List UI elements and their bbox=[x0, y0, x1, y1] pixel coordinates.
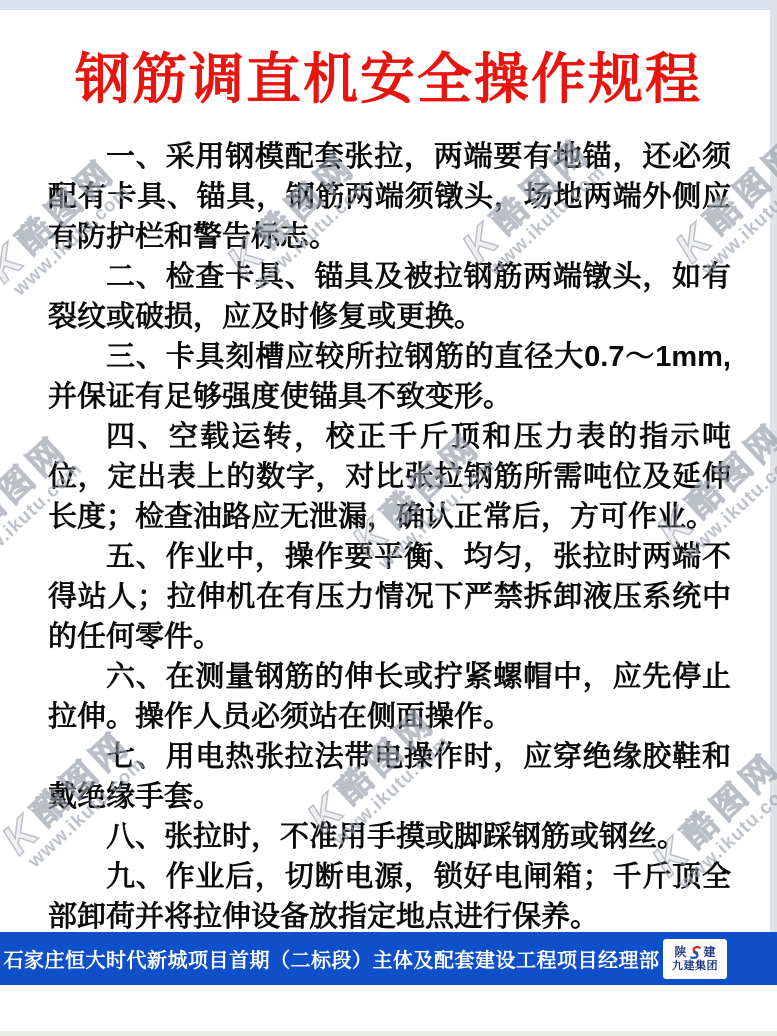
safety-procedure-poster: 钢筋调直机安全操作规程 一、采用钢模配套张拉，两端要有地锚，还必须配有卡具、锚具… bbox=[0, 0, 777, 1036]
logo-bottom-text: 九建集团 bbox=[672, 960, 718, 973]
bottom-edge-strip bbox=[0, 1031, 777, 1036]
logo-char-right: 建 bbox=[704, 944, 716, 960]
logo-char-left: 陕 bbox=[674, 944, 686, 960]
rule-item: 四、空载运转，校正千斤顶和压力表的指示吨位，定出表上的数字，对比张拉钢筋所需吨位… bbox=[48, 417, 731, 537]
kutu-logo-mark: K bbox=[0, 232, 36, 291]
rule-item: 六、在测量钢筋的伸长或拧紧螺帽中，应先停止拉伸。操作人员必须站在侧面操作。 bbox=[48, 657, 731, 737]
kutu-logo-mark: K bbox=[0, 804, 51, 863]
rule-item: 九、作业后，切断电源，锁好电闸箱；千斤顶全部卸荷并将拉伸设备放指定地点进行保养。 bbox=[48, 857, 731, 937]
company-logo: 陕 建 九建集团 bbox=[663, 939, 727, 979]
logo-top-row: 陕 建 bbox=[674, 944, 715, 960]
top-edge-strip bbox=[0, 0, 777, 10]
footer-bar: 石家庄恒大时代新城项目首期（二标段）主体及配套建设工程项目经理部 陕 建 九建集… bbox=[0, 932, 777, 985]
rule-item: 一、采用钢模配套张拉，两端要有地锚，还必须配有卡具、锚具，钢筋两端须镦头，场地两… bbox=[48, 137, 731, 257]
s-swoosh-icon bbox=[688, 945, 703, 960]
rule-item: 三、卡具刻槽应较所拉钢筋的直径大0.7～1mm,并保证有足够强度使锚具不致变形。 bbox=[48, 337, 731, 417]
rules-list: 一、采用钢模配套张拉，两端要有地锚，还必须配有卡具、锚具，钢筋两端须镦头，场地两… bbox=[48, 137, 731, 937]
rule-item: 八、张拉时，不准用手摸或脚踩钢筋或钢丝。 bbox=[48, 817, 731, 857]
right-edge-strip bbox=[770, 0, 777, 932]
page-title: 钢筋调直机安全操作规程 bbox=[0, 40, 777, 118]
rule-item: 二、检查卡具、锚具及被拉钢筋两端镦头，如有裂纹或破损，应及时修复或更换。 bbox=[48, 257, 731, 337]
rule-item: 五、作业中，操作要平衡、均匀，张拉时两端不得站人；拉伸机在有压力情况下严禁拆卸液… bbox=[48, 537, 731, 657]
rule-item: 七、用电热张拉法带电操作时，应穿绝缘胶鞋和戴绝缘手套。 bbox=[48, 737, 731, 817]
project-name: 石家庄恒大时代新城项目首期（二标段）主体及配套建设工程项目经理部 bbox=[0, 944, 663, 973]
